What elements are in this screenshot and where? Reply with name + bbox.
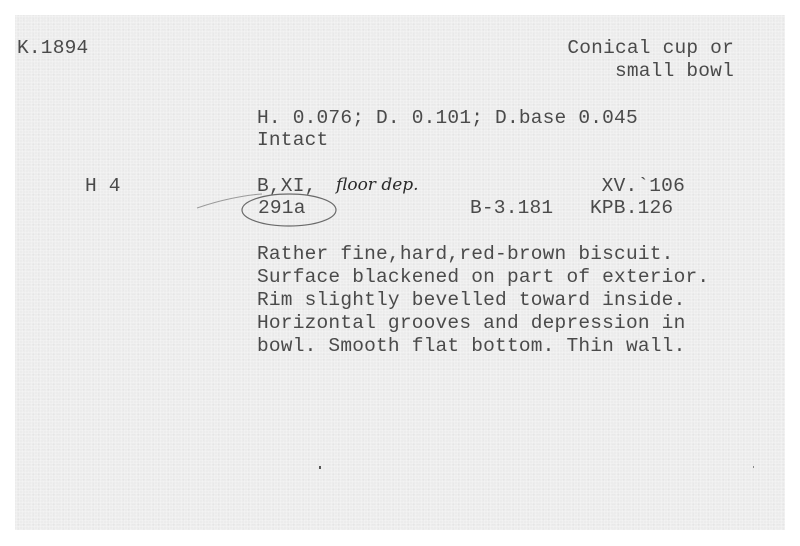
- speck: [753, 466, 754, 468]
- pencil-marks: [0, 0, 800, 546]
- speck: [319, 466, 321, 469]
- circle-mark: [242, 194, 336, 226]
- pencil-stroke: [197, 194, 262, 208]
